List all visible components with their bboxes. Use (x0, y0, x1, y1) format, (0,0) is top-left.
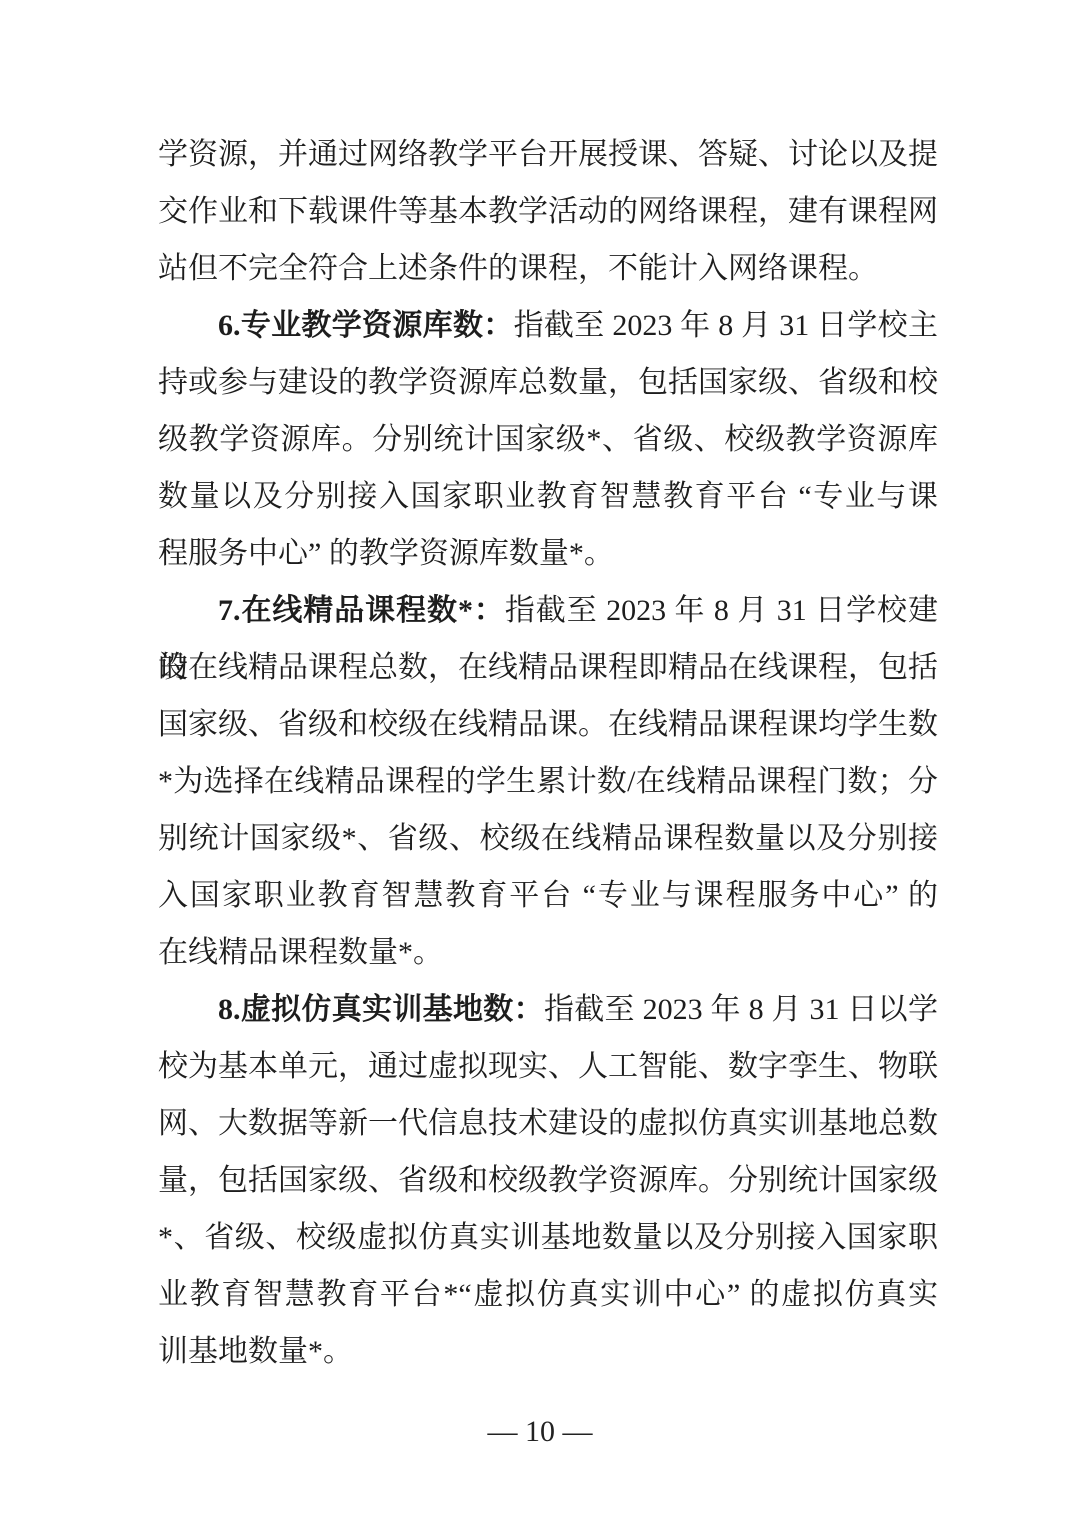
item-8-heading: 8.虚拟仿真实训基地数： (218, 993, 544, 1026)
text-line: 8.虚拟仿真实训基地数：指截至 2023 年 8 月 31 日以学 (158, 981, 938, 1038)
text-line: 6.专业教学资源库数：指截至 2023 年 8 月 31 日学校主 (158, 297, 938, 354)
text-run: 指截至 2023 年 8 月 31 日学校主 (514, 309, 938, 342)
text-run: 数量以及分别接入国家职业教育智慧教育平台 “专业与课 (158, 480, 938, 513)
text-run: 别统计国家级*、省级、校级在线精品课程数量以及分别接 (158, 822, 938, 855)
text-run: 程服务中心” 的教学资源库数量*。 (158, 537, 614, 570)
text-run: *为选择在线精品课程的学生累计数/在线精品课程门数；分 (158, 765, 938, 798)
text-line: 数量以及分别接入国家职业教育智慧教育平台 “专业与课 (158, 468, 938, 525)
text-line: *为选择在线精品课程的学生累计数/在线精品课程门数；分 (158, 753, 938, 810)
text-line: 国家级、省级和校级在线精品课。在线精品课程课均学生数 (158, 696, 938, 753)
text-run: 持或参与建设的教学资源库总数量，包括国家级、省级和校 (158, 366, 938, 399)
text-line: *、省级、校级虚拟仿真实训基地数量以及分别接入国家职 (158, 1209, 938, 1266)
item-7-heading: 7.在线精品课程数*： (218, 594, 505, 627)
item-6-heading: 6.专业教学资源库数： (218, 309, 514, 342)
text-line: 持或参与建设的教学资源库总数量，包括国家级、省级和校 (158, 354, 938, 411)
text-line: 站但不完全符合上述条件的课程，不能计入网络课程。 (158, 240, 938, 297)
document-body: 学资源，并通过网络教学平台开展授课、答疑、讨论以及提 交作业和下载课件等基本教学… (158, 126, 938, 1380)
text-line: 交作业和下载课件等基本教学活动的网络课程，建有课程网 (158, 183, 938, 240)
page-footer: — 10 — (0, 1412, 1080, 1452)
text-line: 训基地数量*。 (158, 1323, 938, 1380)
text-line: 网、大数据等新一代信息技术建设的虚拟仿真实训基地总数 (158, 1095, 938, 1152)
text-run: 交作业和下载课件等基本教学活动的网络课程，建有课程网 (158, 195, 938, 228)
text-run: 入国家职业教育智慧教育平台 “专业与课程服务中心” 的 (158, 879, 938, 912)
text-line: 7.在线精品课程数*：指截至 2023 年 8 月 31 日学校建设 (158, 582, 938, 639)
text-run: *、省级、校级虚拟仿真实训基地数量以及分别接入国家职 (158, 1221, 938, 1254)
text-run: 量，包括国家级、省级和校级教学资源库。分别统计国家级 (158, 1164, 938, 1197)
text-run: 校为基本单元，通过虚拟现实、人工智能、数字孪生、物联 (158, 1050, 938, 1083)
text-run: 国家级、省级和校级在线精品课。在线精品课程课均学生数 (158, 708, 938, 741)
text-line: 程服务中心” 的教学资源库数量*。 (158, 525, 938, 582)
text-line: 级教学资源库。分别统计国家级*、省级、校级教学资源库 (158, 411, 938, 468)
page-number: — 10 — (488, 1415, 593, 1448)
text-run: 站但不完全符合上述条件的课程，不能计入网络课程。 (158, 252, 878, 285)
text-run: 业教育智慧教育平台*“虚拟仿真实训中心” 的虚拟仿真实 (158, 1278, 938, 1311)
text-line: 入国家职业教育智慧教育平台 “专业与课程服务中心” 的 (158, 867, 938, 924)
text-run: 网、大数据等新一代信息技术建设的虚拟仿真实训基地总数 (158, 1107, 938, 1140)
text-run: 的在线精品课程总数，在线精品课程即精品在线课程，包括 (158, 651, 938, 684)
text-run: 学资源，并通过网络教学平台开展授课、答疑、讨论以及提 (158, 138, 938, 171)
text-line: 的在线精品课程总数，在线精品课程即精品在线课程，包括 (158, 639, 938, 696)
text-run: 指截至 2023 年 8 月 31 日以学 (544, 993, 938, 1026)
text-run: 在线精品课程数量*。 (158, 936, 443, 969)
text-line: 量，包括国家级、省级和校级教学资源库。分别统计国家级 (158, 1152, 938, 1209)
text-line: 在线精品课程数量*。 (158, 924, 938, 981)
text-line: 校为基本单元，通过虚拟现实、人工智能、数字孪生、物联 (158, 1038, 938, 1095)
document-page: 学资源，并通过网络教学平台开展授课、答疑、讨论以及提 交作业和下载课件等基本教学… (0, 0, 1080, 1528)
text-line: 学资源，并通过网络教学平台开展授课、答疑、讨论以及提 (158, 126, 938, 183)
text-line: 别统计国家级*、省级、校级在线精品课程数量以及分别接 (158, 810, 938, 867)
text-run: 训基地数量*。 (158, 1335, 353, 1368)
text-run: 级教学资源库。分别统计国家级*、省级、校级教学资源库 (158, 423, 938, 456)
text-line: 业教育智慧教育平台*“虚拟仿真实训中心” 的虚拟仿真实 (158, 1266, 938, 1323)
